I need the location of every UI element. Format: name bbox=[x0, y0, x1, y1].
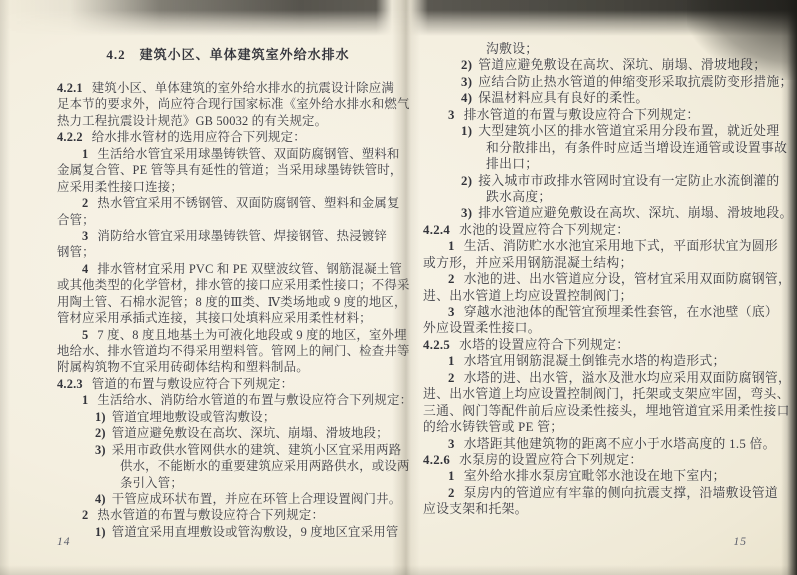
text-line: 57 度、8 度且地基土为可液化地段或 9 度的地区，室外埋 bbox=[57, 327, 399, 343]
line-text: 水塔的进、出水管，溢水及泄水均应采用双面防腐钢管， bbox=[464, 371, 791, 385]
line-text: 大型建筑小区的排水管道宜采用分段布置，就近处理 bbox=[478, 124, 779, 138]
clause-number: 3 bbox=[82, 229, 88, 243]
line-text: 热力工程抗震设计规范》GB 50032 的有关规定。 bbox=[57, 114, 327, 128]
text-line: 应设支架和托架。 bbox=[423, 501, 785, 517]
line-text: 应设支架和托架。 bbox=[423, 502, 528, 516]
page-left: 4.2 建筑小区、单体建筑室外给水排水 4.2.1建筑小区、单体建筑的室外给水排… bbox=[57, 0, 399, 575]
clause-number: 4.2.2 bbox=[57, 130, 83, 144]
line-text: 消防给水管宜采用球墨铸铁管、焊接钢管、热浸镀锌 bbox=[97, 229, 387, 243]
page-left-text-column: 4.2.1建筑小区、单体建筑的室外给水排水的抗震设计除应满足本节的要求外，尚应符… bbox=[57, 80, 399, 540]
text-line: 应采用柔性接口连接； bbox=[57, 179, 399, 195]
line-text: 生活、消防贮水水池宜采用地下式，平面形状宜为圆形 bbox=[464, 239, 778, 253]
line-text: 或方形，并应采用钢筋混凝土结构； bbox=[423, 256, 633, 270]
line-text: 水塔宜用钢筋混凝土倒锥壳水塔的构造形式； bbox=[464, 354, 726, 368]
line-text: 排水管材宜采用 PVC 和 PE 双壁波纹管、钢筋混凝土管 bbox=[97, 262, 402, 276]
text-line: 外应设置柔性接口。 bbox=[423, 320, 785, 336]
clause-number: 1) bbox=[461, 124, 472, 138]
line-text: 水池的进、出水管道应分设，管材宜采用双面防腐钢管， bbox=[464, 272, 791, 286]
line-text: 管道宜采用直埋敷设或管沟敷设，9 度地区宜采用管 bbox=[112, 525, 399, 539]
line-text: 生活给水、消防给水管道的布置与敷设应符合下列规定： bbox=[97, 393, 412, 407]
line-text: 保温材料应具有良好的柔性。 bbox=[478, 91, 648, 105]
clause-number: 1 bbox=[82, 393, 88, 407]
clause-number: 4.2.3 bbox=[57, 377, 83, 391]
line-text: 进、出水管道上均应设置控制阀门，托架或支架应牢固，弯头、 bbox=[423, 387, 790, 401]
line-text: 用陶土管、石棉水泥管；8 度的Ⅲ类、Ⅳ类场地或 9 度的地区， bbox=[57, 295, 407, 309]
line-text: 泵房内的管道应有牢靠的侧向抗震支撑，沿墙敷设管道 bbox=[464, 486, 778, 500]
clause-number: 3) bbox=[95, 443, 106, 457]
text-line: 2泵房内的管道应有牢靠的侧向抗震支撑，沿墙敷设管道 bbox=[423, 485, 785, 501]
line-text: 接入城市市政排水管网时宜设有一定防止水流倒灌的 bbox=[478, 174, 779, 188]
book-spine-shadow bbox=[392, 0, 420, 575]
clause-number: 4.2.5 bbox=[423, 338, 450, 352]
clause-number: 4.2.6 bbox=[423, 453, 450, 467]
clause-number: 3 bbox=[448, 305, 455, 319]
text-line: 4.2.2给水排水管材的选用应符合下列规定： bbox=[57, 129, 399, 145]
text-line: 4.2.6水泵房的设置应符合下列规定： bbox=[423, 452, 785, 468]
clause-number: 2 bbox=[82, 196, 88, 210]
line-text: 应采用柔性接口连接； bbox=[57, 180, 183, 194]
clause-number: 2) bbox=[95, 426, 106, 440]
clause-number: 4) bbox=[461, 91, 472, 105]
text-line: 1生活给水、消防给水管道的布置与敷设应符合下列规定： bbox=[57, 392, 399, 408]
text-line: 4)干管应成环状布置，并应在环管上合理设置阀门井。 bbox=[57, 491, 399, 507]
line-text: 室外给水排水泵房宜毗邻水池设在地下室内； bbox=[464, 469, 726, 483]
text-line: 地给水、排水管道均不得采用塑料管。管网上的闸门、检查井等 bbox=[57, 343, 399, 359]
line-text: 的给水铸铁管或 PE 管； bbox=[423, 420, 563, 434]
line-text: 条引入管； bbox=[120, 476, 183, 490]
text-line: 4.2.5水塔的设置应符合下列规定： bbox=[423, 337, 785, 353]
text-line: 供水，不能断水的重要建筑应采用两路供水，或设两 bbox=[57, 458, 399, 474]
clause-number: 1 bbox=[82, 147, 88, 161]
line-text: 附属构筑物不宜采用砖砌体结构和塑料制品。 bbox=[57, 360, 309, 374]
line-text: 采用市政供水管网供水的建筑、建筑小区宜采用两路 bbox=[112, 443, 402, 457]
scan-shadow-top bbox=[0, 0, 797, 36]
line-text: 地给水、排水管道均不得采用塑料管。管网上的闸门、检查井等 bbox=[57, 344, 410, 358]
line-text: 管材应采用承插式连接，其接口处填料应采用柔性材料； bbox=[57, 311, 372, 325]
text-line: 金属复合管、PE 管等具有延性的管道；当采用球墨铸铁管时， bbox=[57, 162, 399, 178]
clause-number: 1 bbox=[448, 239, 455, 253]
text-line: 进、出水管道上均应设置控制阀门； bbox=[423, 288, 785, 304]
line-text: 管道的布置与敷设应符合下列规定： bbox=[92, 377, 293, 391]
clause-number: 2 bbox=[448, 272, 455, 286]
line-text: 7 度、8 度且地基土为可液化地段或 9 度的地区，室外埋 bbox=[97, 328, 406, 342]
line-text: 和分散排出，有条件时应适当增设连通管或设置事故 bbox=[486, 141, 787, 155]
text-line: 条引入管； bbox=[57, 475, 399, 491]
clause-number: 3) bbox=[461, 206, 472, 220]
line-text: 给水排水管材的选用应符合下列规定： bbox=[92, 130, 306, 144]
text-line: 1水塔宜用钢筋混凝土倒锥壳水塔的构造形式； bbox=[423, 353, 785, 369]
text-line: 或其他类型的化学管材，排水管的接口应采用柔性接口；不得采 bbox=[57, 277, 399, 293]
line-text: 沟敷设； bbox=[486, 42, 538, 56]
clause-number: 1 bbox=[448, 469, 455, 483]
text-line: 或方形，并应采用钢筋混凝土结构； bbox=[423, 255, 785, 271]
text-line: 3消防给水管宜采用球墨铸铁管、焊接钢管、热浸镀锌 bbox=[57, 228, 399, 244]
clause-number: 3 bbox=[448, 437, 455, 451]
line-text: 水池的设置应符合下列规定： bbox=[459, 223, 629, 237]
clause-number: 4.2.1 bbox=[57, 81, 83, 95]
text-line: 跌水高度； bbox=[423, 189, 785, 205]
text-line: 1生活给水管宜采用球墨铸铁管、双面防腐钢管、塑料和 bbox=[57, 146, 399, 162]
text-line: 足本节的要求外，尚应符合现行国家标准《室外给水排水和燃气 bbox=[57, 96, 399, 112]
text-line: 3水塔距其他建筑物的距离不应小于水塔高度的 1.5 倍。 bbox=[423, 436, 785, 452]
text-line: 4.2.4水池的设置应符合下列规定： bbox=[423, 222, 785, 238]
clause-number: 4.2.4 bbox=[423, 223, 450, 237]
line-text: 水泵房的设置应符合下列规定： bbox=[459, 453, 642, 467]
line-text: 进、出水管道上均应设置控制阀门； bbox=[423, 289, 633, 303]
clause-number: 2) bbox=[461, 174, 472, 188]
text-line: 2热水管宜采用不锈钢管、双面防腐钢管、塑料和金属复 bbox=[57, 195, 399, 211]
line-text: 或其他类型的化学管材，排水管的接口应采用柔性接口；不得采 bbox=[57, 278, 410, 292]
clause-number: 4) bbox=[95, 492, 106, 506]
text-line: 1室外给水排水泵房宜毗邻水池设在地下室内； bbox=[423, 468, 785, 484]
line-text: 排出口； bbox=[486, 157, 538, 171]
line-text: 管道应避免敷设在高坎、深坑、崩塌、滑坡地段； bbox=[112, 426, 389, 440]
text-line: 3)采用市政供水管网供水的建筑、建筑小区宜采用两路 bbox=[57, 442, 399, 458]
line-text: 金属复合管、PE 管等具有延性的管道；当采用球墨铸铁管时， bbox=[57, 163, 403, 177]
line-text: 水塔的设置应符合下列规定： bbox=[459, 338, 629, 352]
clause-number: 3 bbox=[448, 108, 455, 122]
section-heading: 4.2 建筑小区、单体建筑室外给水排水 bbox=[57, 46, 399, 64]
clause-number: 2 bbox=[82, 508, 88, 522]
clause-number: 2 bbox=[448, 486, 455, 500]
text-line: 4.2.1建筑小区、单体建筑的室外给水排水的抗震设计除应满 bbox=[57, 80, 399, 96]
clause-number: 1) bbox=[95, 410, 106, 424]
clause-number: 5 bbox=[82, 328, 88, 342]
line-text: 排水管道的布置与敷设应符合下列规定： bbox=[464, 108, 700, 122]
text-line: 1)大型建筑小区的排水管道宜采用分段布置，就近处理 bbox=[423, 123, 785, 139]
clause-number: 2) bbox=[461, 58, 472, 72]
text-line: 2)接入城市市政排水管网时宜设有一定防止水流倒灌的 bbox=[423, 173, 785, 189]
text-line: 4)保温材料应具有良好的柔性。 bbox=[423, 90, 785, 106]
page-number-left: 14 bbox=[57, 536, 71, 548]
line-text: 排水管道应避免敷设在高坎、深坑、崩塌、滑坡地段。 bbox=[478, 206, 792, 220]
scan-shadow-left bbox=[0, 0, 10, 575]
text-line: 排出口； bbox=[423, 156, 785, 172]
clause-number: 3) bbox=[461, 75, 472, 89]
text-line: 3穿越水池池体的配管宜预埋柔性套管，在水池壁（底） bbox=[423, 304, 785, 320]
line-text: 热水管宜采用不锈钢管、双面防腐钢管、塑料和金属复 bbox=[97, 196, 399, 210]
clause-number: 1 bbox=[448, 354, 455, 368]
line-text: 建筑小区、单体建筑的室外给水排水的抗震设计除应满 bbox=[92, 81, 394, 95]
line-text: 干管应成环状布置，并应在环管上合理设置阀门井。 bbox=[112, 492, 402, 506]
text-line: 4排水管材宜采用 PVC 和 PE 双壁波纹管、钢筋混凝土管 bbox=[57, 261, 399, 277]
clause-number: 1) bbox=[95, 525, 106, 539]
page-right: 沟敷设；2)管道应避免敷设在高坎、深坑、崩塌、滑坡地段；3)应结合防止热水管道的… bbox=[423, 0, 785, 575]
line-text: 热水管道的布置与敷设应符合下列规定： bbox=[97, 508, 324, 522]
text-line: 合管； bbox=[57, 212, 399, 228]
line-text: 跌水高度； bbox=[486, 190, 551, 204]
scan-shadow-right bbox=[781, 0, 797, 575]
text-line: 热力工程抗震设计规范》GB 50032 的有关规定。 bbox=[57, 113, 399, 129]
text-line: 3)排水管道应避免敷设在高坎、深坑、崩塌、滑坡地段。 bbox=[423, 205, 785, 221]
text-line: 3排水管道的布置与敷设应符合下列规定： bbox=[423, 107, 785, 123]
text-line: 的给水铸铁管或 PE 管； bbox=[423, 419, 785, 435]
text-line: 1)管道宜埋地敷设或管沟敷设； bbox=[57, 409, 399, 425]
line-text: 管道宜埋地敷设或管沟敷设； bbox=[112, 410, 276, 424]
line-text: 三通、阀门等配件前后应设柔性接头，埋地管道宜采用柔性接口 bbox=[423, 404, 790, 418]
text-line: 用陶土管、石棉水泥管；8 度的Ⅲ类、Ⅳ类场地或 9 度的地区， bbox=[57, 294, 399, 310]
text-line: 2水池的进、出水管道应分设，管材宜采用双面防腐钢管， bbox=[423, 271, 785, 287]
line-text: 生活给水管宜采用球墨铸铁管、双面防腐钢管、塑料和 bbox=[97, 147, 399, 161]
text-line: 1)管道宜采用直埋敷设或管沟敷设，9 度地区宜采用管 bbox=[57, 524, 399, 540]
text-line: 管材应采用承插式连接，其接口处填料应采用柔性材料； bbox=[57, 310, 399, 326]
text-line: 1生活、消防贮水水池宜采用地下式，平面形状宜为圆形 bbox=[423, 238, 785, 254]
line-text: 钢管； bbox=[57, 245, 95, 259]
text-line: 钢管； bbox=[57, 244, 399, 260]
text-line: 2)管道应避免敷设在高坎、深坑、崩塌、滑坡地段； bbox=[57, 425, 399, 441]
line-text: 足本节的要求外，尚应符合现行国家标准《室外给水排水和燃气 bbox=[57, 97, 410, 111]
text-line: 2热水管道的布置与敷设应符合下列规定： bbox=[57, 507, 399, 523]
line-text: 水塔距其他建筑物的距离不应小于水塔高度的 1.5 倍。 bbox=[464, 437, 776, 451]
page-number-right: 15 bbox=[734, 536, 748, 548]
line-text: 穿越水池池体的配管宜预埋柔性套管，在水池壁（底） bbox=[464, 305, 778, 319]
text-line: 4.2.3管道的布置与敷设应符合下列规定： bbox=[57, 376, 399, 392]
line-text: 合管； bbox=[57, 213, 95, 227]
line-text: 供水，不能断水的重要建筑应采用两路供水，或设两 bbox=[120, 459, 410, 473]
line-text: 外应设置柔性接口。 bbox=[423, 321, 541, 335]
clause-number: 2 bbox=[448, 371, 455, 385]
book-scan: 4.2 建筑小区、单体建筑室外给水排水 4.2.1建筑小区、单体建筑的室外给水排… bbox=[0, 0, 797, 575]
text-line: 附属构筑物不宜采用砖砌体结构和塑料制品。 bbox=[57, 359, 399, 375]
text-line: 三通、阀门等配件前后应设柔性接头，埋地管道宜采用柔性接口 bbox=[423, 403, 785, 419]
scan-shadow-bottom bbox=[0, 565, 797, 575]
text-line: 和分散排出，有条件时应适当增设连通管或设置事故 bbox=[423, 140, 785, 156]
clause-number: 4 bbox=[82, 262, 88, 276]
text-line: 2水塔的进、出水管，溢水及泄水均应采用双面防腐钢管， bbox=[423, 370, 785, 386]
text-line: 进、出水管道上均应设置控制阀门，托架或支架应牢固，弯头、 bbox=[423, 386, 785, 402]
